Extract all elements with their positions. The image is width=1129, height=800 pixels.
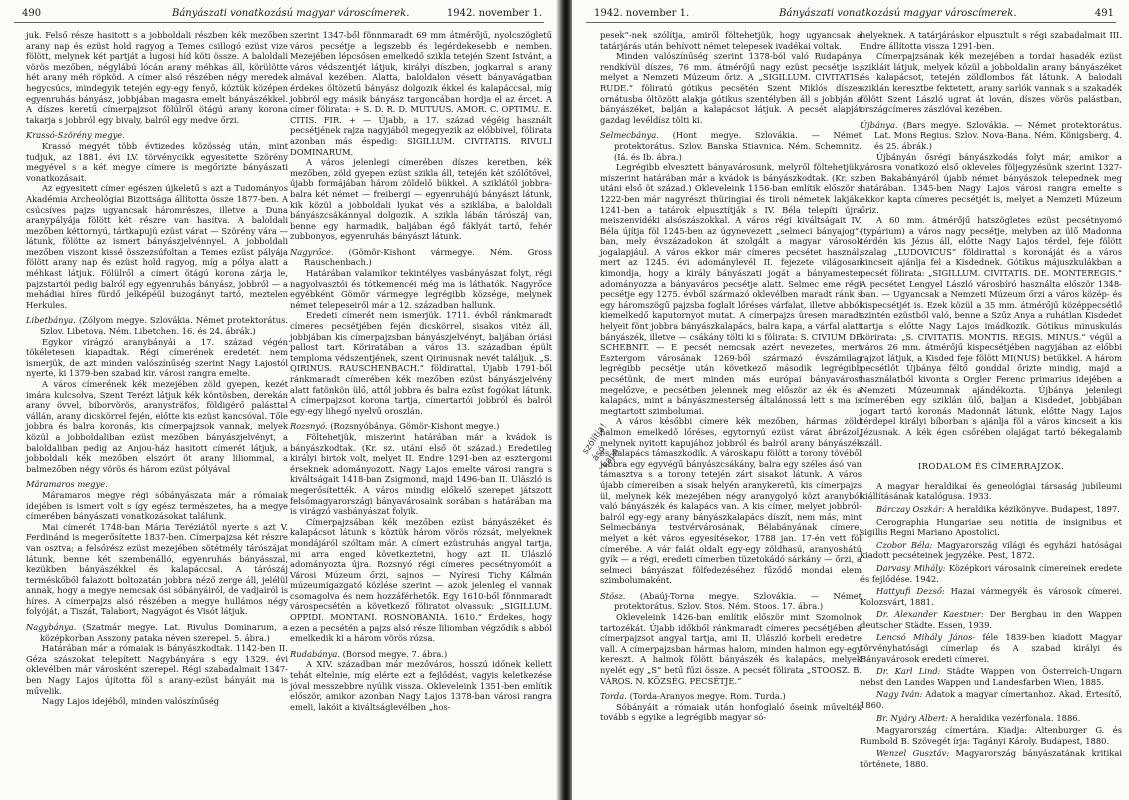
entry-heading: Libetbánya. (Zólyom megye. Szlovákia. Né… — [26, 315, 288, 336]
paragraph: Nagy Lajos idejéből, minden valószínűség — [26, 696, 288, 707]
entry-heading: Stósz. (Abaúj-Torna megye. Szlovákia. — … — [600, 591, 862, 612]
author-name: Lencsó Mihály János- — [876, 632, 975, 642]
paragraph: Legrégibb elvesztett bányavárosunk, mely… — [600, 162, 862, 416]
header-rule — [586, 22, 1116, 23]
paragraph-text: A XIV. században már mezőváros, hosszú i… — [290, 659, 552, 711]
author-name: Bárczay Oszkár: — [876, 504, 945, 514]
left-page-header: 490 Bányászati vonatkozású magyar városc… — [22, 6, 542, 20]
paragraph-text: Egykor virágzó aranybányái a 17. század … — [26, 337, 288, 379]
author-name: Dr. Alexander Kaestner: — [876, 609, 984, 619]
place-name: Máramaros megye. — [26, 479, 108, 489]
paragraph-text: Címerpajzsának kék mezejében a tordai ha… — [860, 51, 1122, 114]
paragraph: A XIV. században már mezőváros, hosszú i… — [290, 659, 552, 712]
paragraph-text: Határában valamikor tekintélyes vasbányá… — [290, 268, 552, 310]
paragraph-text: Újbányán ősrégi bányászkodás folyt már, … — [860, 152, 1122, 215]
author-name: Darvasy Mihály: — [876, 563, 945, 573]
bibliography-item: Hattyufi Dezső: Hazai vármegyék és város… — [860, 586, 1122, 607]
left-column-2: szerint 1347-ből fönnmaradt 69 mm átmérő… — [290, 30, 552, 712]
entry-heading: Torda. (Torda-Aranyos megye. Rom. Turda.… — [600, 691, 862, 702]
author-name: Hattyufi Dezső: — [876, 586, 945, 596]
paragraph-text: pesek“-nek szólítja, amiről föltehetjük,… — [600, 30, 862, 51]
author-name: Br. Nyáry Albert: — [876, 713, 948, 723]
paragraph-text: Eredeti címerét nem ismerjük. 1711. évbő… — [290, 310, 552, 415]
bibliography-item: Dr. Alexander Kaestner: Der Bergbau in d… — [860, 609, 1122, 630]
author-name: Dr. Karl Lind: — [876, 666, 941, 676]
running-title: Bányászati vonatkozású magyar városcímer… — [779, 8, 1016, 19]
page-number: 490 — [22, 8, 62, 19]
paragraph-text: Nagy Lajos idejéből, minden valószínűség — [42, 696, 219, 706]
entry-heading: Selmecbánya. (Hont megye. Szlovákia. — N… — [600, 130, 862, 162]
place-name: Nagybánya. — [26, 622, 76, 632]
paragraph-text: (Borsod megye. 7. ábra.) — [343, 649, 448, 659]
right-page-header: 1942. november 1. Bányászati vonatkozású… — [594, 6, 1114, 20]
paragraph: juk. Felső része hasitott s a jobboldali… — [26, 30, 288, 125]
paragraph-text: (Zólyom megye. Szlovákia. Német protekto… — [40, 315, 288, 336]
paragraph-text: Címerpajzsában kék mezőben ezüst bányász… — [290, 517, 552, 644]
right-column-2: helyeknek. A tatárjáráskor elpusztult s … — [860, 30, 1122, 770]
paragraph: Sóbányáit a rómaiak után honfoglaló ősei… — [600, 702, 862, 723]
paragraph-text: Magyarország címertára. Kiadja: Altenbur… — [860, 725, 1122, 746]
issue-date: 1942. november 1. — [447, 8, 542, 19]
paragraph-text: (Abaúj-Torna megye. Szlovákia. — Német p… — [614, 591, 862, 612]
place-name: Selmecbánya. — [600, 130, 659, 140]
paragraph-text: Krassó megyét több évtizedes közösség ut… — [26, 141, 288, 183]
paragraph-text: Cerographia Hungariae seu notitia de ins… — [860, 517, 1122, 538]
paragraph-text: szerint 1347-ből fönnmaradt 69 mm átmérő… — [290, 30, 552, 157]
paragraph: A 60 mm. átmérőjű hatszögletes ezüst pec… — [860, 215, 1122, 448]
paragraph-text: (Rozsnyóbánya. Gömör-Kishont megye.) — [330, 421, 499, 431]
paragraph: Határában már a rómaiak is bányászkodtak… — [26, 643, 288, 696]
paragraph: Címerpajzsának kék mezejében a tordai ha… — [860, 51, 1122, 115]
paragraph-text: A 60 mm. átmérőjű hatszögletes ezüst pec… — [860, 215, 1122, 447]
bibliography-item: Wenzel Gusztáv: Magyarország bányászatán… — [860, 748, 1122, 769]
header-rule — [14, 22, 544, 23]
bibliography-item: Lencsó Mihály János- féle 1839-ben kiado… — [860, 632, 1122, 664]
paragraph: Az egyesitett címer egészen újkeletű s a… — [26, 183, 288, 310]
paragraph-text: (Gömör-Kishont vármegye. Ném. Gross Raus… — [304, 247, 552, 268]
paragraph: szerint 1347-ből fönnmaradt 69 mm átmérő… — [290, 30, 552, 157]
paragraph: helyeknek. A tatárjáráskor elpusztult s … — [860, 30, 1122, 51]
place-name: Krassó-Szörény megye. — [26, 130, 125, 140]
right-column-1: pesek“-nek szólítja, amiről föltehetjük,… — [600, 30, 862, 723]
bibliography-item: A magyar heraldikai és geneológiai társa… — [860, 481, 1122, 502]
paragraph-text: A város jelenlegi címerében díszes keret… — [290, 157, 552, 241]
paragraph-text: juk. Felső része hasitott s a jobboldali… — [26, 30, 288, 125]
entry-heading: Rozsnyó. (Rozsnyóbánya. Gömör-Kishont me… — [290, 421, 552, 432]
paragraph: pesek“-nek szólítja, amiről föltehetjük,… — [600, 30, 862, 51]
bibliography-item: Cerographia Hungariae seu notitia de ins… — [860, 517, 1122, 538]
page-number: 491 — [1095, 8, 1114, 19]
entry-heading: Nagyrőce. (Gömör-Kishont vármegye. Ném. … — [290, 247, 552, 268]
entry-heading: Rudabánya. (Borsod megye. 7. ábra.) — [290, 649, 552, 660]
paragraph-text: Mai címerét 1748-ban Mária Teréziától ny… — [26, 522, 288, 617]
paragraph: Föltehetjük, miszerint határában már a k… — [290, 432, 552, 517]
paragraph: Eredeti címerét nem ismerjük. 1711. évbő… — [290, 310, 552, 416]
paragraph: Újbányán ősrégi bányászkodás folyt már, … — [860, 152, 1122, 216]
paragraph: Minden valószínűség szerint 1378-ból val… — [600, 51, 862, 125]
paragraph: Címerpajzsában kék mezőben ezüst bányász… — [290, 517, 552, 644]
paragraph: Egykor virágzó aranybányái a 17. század … — [26, 337, 288, 379]
entry-heading: Újbánya. (Bars megye. Szlovákia. — Német… — [860, 120, 1122, 152]
paragraph: A város jelenlegi címerében díszes keret… — [290, 157, 552, 242]
running-title: Bányászati vonatkozású magyar városcímer… — [172, 8, 409, 19]
paragraph-text: Legrégibb elvesztett bányavárosunk, mely… — [600, 162, 862, 416]
paragraph-text: A heraldika vezérfonala. 1886. — [951, 713, 1081, 723]
paragraph-text: Okleveleink 1426-ban említik először min… — [600, 612, 862, 686]
left-page: 490 Bányászati vonatkozású magyar városc… — [0, 0, 560, 800]
place-name: Rozsnyó. — [290, 421, 328, 431]
place-name: Torda. — [600, 691, 627, 701]
bibliography-item: Dr. Karl Lind: Städte Wappen von Österre… — [860, 666, 1122, 687]
bibliography-item: Nagy Iván: Adatok a magyar címertanhoz. … — [860, 689, 1122, 710]
paragraph-text: A magyar heraldikai és geneológiai társa… — [860, 481, 1122, 502]
place-name: Újbánya. — [860, 120, 898, 130]
paragraph-text: (Szatmár megye. Lat. Rivulus Dominarum, … — [40, 622, 288, 643]
place-name: Nagyrőce. — [290, 247, 334, 257]
place-name: Libetbánya. — [26, 315, 76, 325]
paragraph-text: Máramaros megye régi sóbányászata már a … — [26, 490, 288, 521]
bibliography-item: Br. Nyáry Albert: A heraldika vezérfonal… — [860, 713, 1122, 724]
paragraph: Krassó megyét több évtizedes közösség ut… — [26, 141, 288, 183]
section-heading: IRODALOM ÉS CÍMERRAJZOK. — [860, 462, 1122, 473]
right-page: 1942. november 1. Bányászati vonatkozású… — [572, 0, 1129, 800]
paragraph-text: (Torda-Aranyos megye. Rom. Turda.) — [630, 691, 786, 701]
paragraph-text: A város címerének kék mezejében zöld gye… — [26, 379, 288, 474]
paragraph-text: (Bars megye. Szlovákia. — Német protekto… — [874, 120, 1122, 151]
bibliography-item: Magyarország címertára. Kiadja: Altenbur… — [860, 725, 1122, 746]
paragraph-text: Sóbányáit a rómaiak után honfoglaló ősei… — [600, 702, 862, 723]
bibliography-item: Bárczay Oszkár: A heraldika kézikönyve. … — [860, 504, 1122, 515]
entry-heading: Nagybánya. (Szatmár megye. Lat. Rivulus … — [26, 622, 288, 643]
paragraph-text: Föltehetjük, miszerint határában már a k… — [290, 432, 552, 516]
place-name: Stósz. — [600, 591, 625, 601]
bibliography-item: Czobor Béla: Magyarország világi és egyh… — [860, 540, 1122, 561]
bibliography-item: Darvasy Mihály: Középkori városaink címe… — [860, 563, 1122, 584]
entry-heading: Máramaros megye. — [26, 479, 288, 490]
paragraph: Mai címerét 1748-ban Mária Teréziától ny… — [26, 522, 288, 617]
paragraph-text: Minden valószínűség szerint 1378-ból val… — [600, 51, 862, 125]
paragraph: A város címerének kék mezejében zöld gye… — [26, 379, 288, 474]
paragraph: Okleveleink 1426-ban említik először min… — [600, 612, 862, 686]
paragraph-text: Az egyesitett címer egészen újkeletű s a… — [26, 183, 288, 310]
paragraph-text: helyeknek. A tatárjáráskor elpusztult s … — [860, 30, 1122, 51]
author-name: Czobor Béla: — [876, 540, 932, 550]
paragraph: Határában valamikor tekintélyes vasbányá… — [290, 268, 552, 310]
left-column-1: juk. Felső része hasitott s a jobboldali… — [26, 30, 288, 707]
author-name: Wenzel Gusztáv: — [876, 748, 949, 758]
paragraph-text: A heraldika kézikönyve. Budapest, 1897. — [948, 504, 1120, 514]
entry-heading: Krassó-Szörény megye. — [26, 130, 288, 141]
author-name: Nagy Iván: — [876, 689, 922, 699]
place-name: Rudabánya. — [290, 649, 340, 659]
paragraph-text: Határában már a rómaiak is bányászkodtak… — [26, 643, 288, 695]
issue-date: 1942. november 1. — [594, 8, 689, 19]
paragraph: Máramaros megye régi sóbányászata már a … — [26, 490, 288, 522]
